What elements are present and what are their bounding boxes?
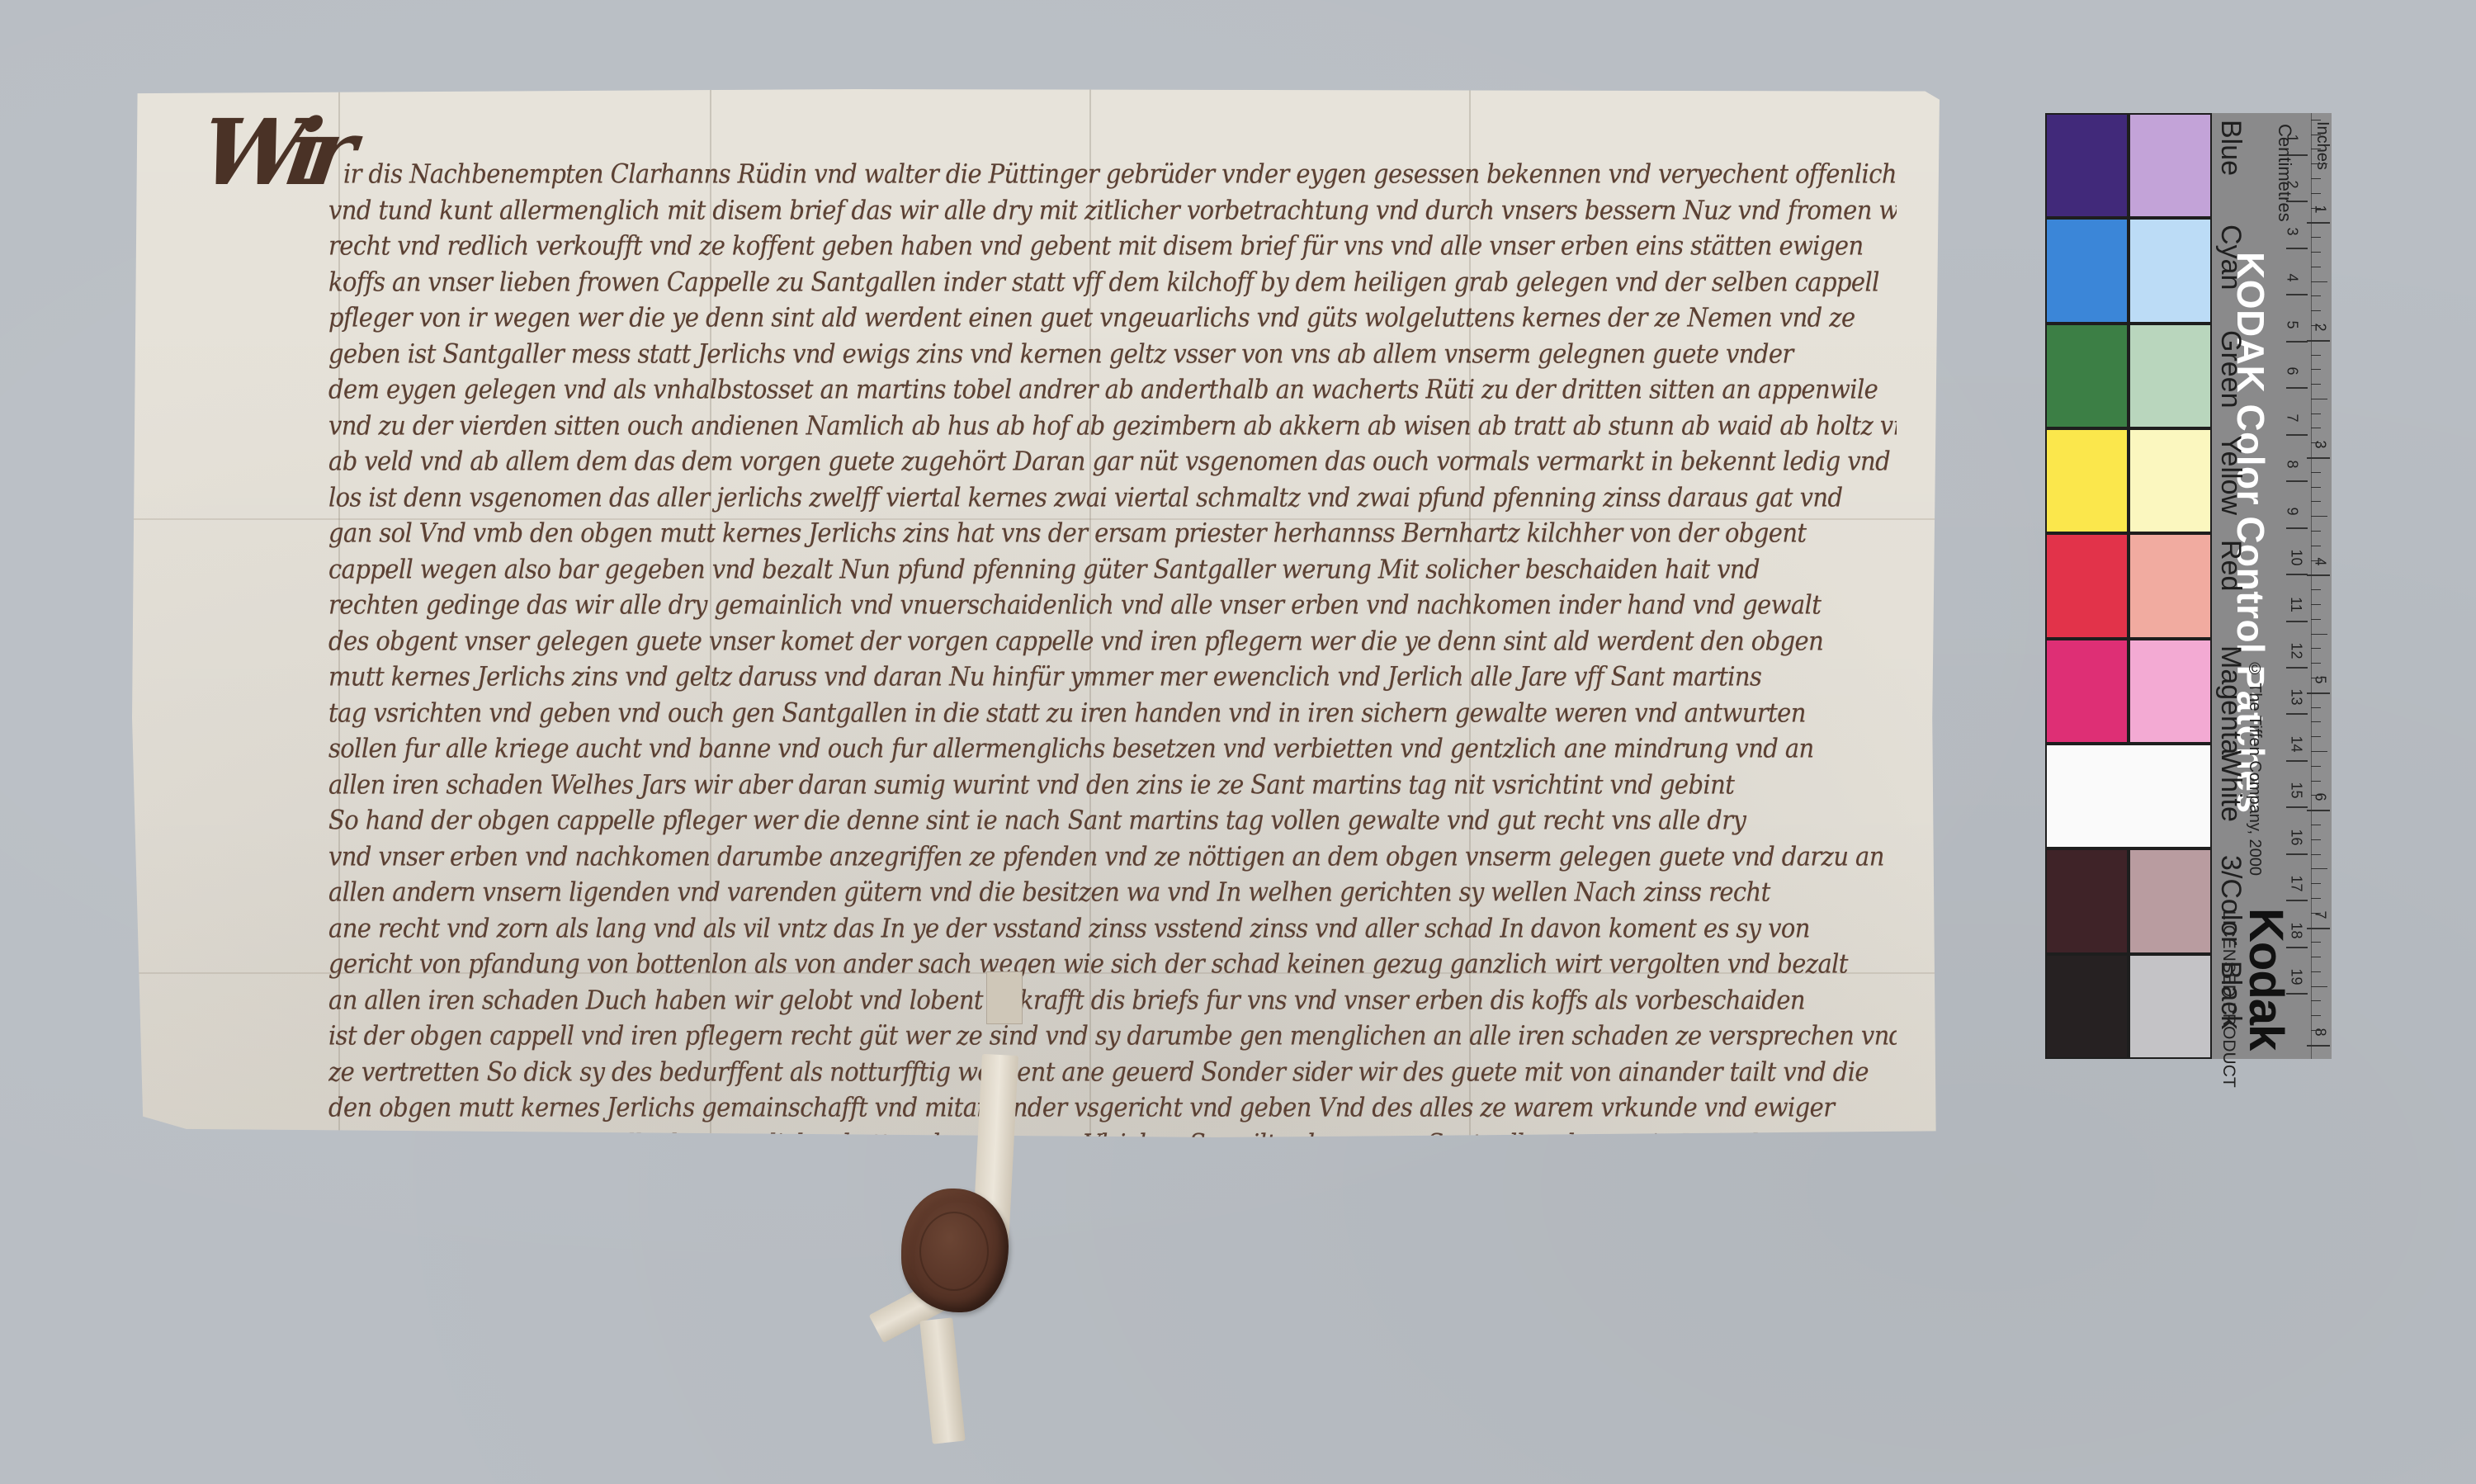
ruler-tick-inch	[2307, 928, 2330, 929]
text-line: sollen fur alle kriege aucht vnd banne v…	[328, 730, 1897, 768]
ruler-tick-cm	[2286, 201, 2308, 202]
text-line: vnd zu der vierden sitten ouch andienen …	[328, 407, 1897, 446]
ruler-subtick	[2311, 428, 2321, 428]
ruler-subtick	[2311, 237, 2321, 238]
ruler-tick-inch	[2307, 340, 2330, 342]
ruler-subtick	[2311, 589, 2321, 590]
ruler-subtick	[2311, 678, 2321, 678]
color-patch-3-color-dark	[2045, 848, 2129, 953]
ruler-subtick	[2311, 399, 2327, 399]
text-line: koffs an vnser lieben frowen Cappelle zu…	[328, 263, 1897, 302]
color-patch-green-dark	[2045, 324, 2129, 428]
ruler-tick-cm	[2286, 713, 2308, 715]
text-line: geben ist Santgaller mess statt Jerlichs…	[328, 335, 1897, 374]
ruler-tick-cm	[2286, 621, 2308, 622]
ruler-number-cm: 10	[2288, 550, 2305, 566]
ruler-tick-cm	[2286, 574, 2308, 575]
ruler-number-inch: 3	[2312, 441, 2329, 449]
ruler-number-inch: 1	[2312, 206, 2329, 214]
text-line: allen andern vnsern ligenden vnd varende…	[328, 873, 1897, 912]
ruler-subtick	[2311, 971, 2321, 972]
ruler-subtick	[2311, 193, 2321, 194]
ruler-subtick	[2311, 208, 2321, 209]
ruler-subtick	[2311, 766, 2321, 767]
text-line: an allen iren schaden Duch haben wir gel…	[328, 981, 1897, 1020]
ruler-number-cm: 2	[2284, 181, 2301, 189]
text-line: vnd vnser erben vnd nachkomen darumbe an…	[328, 838, 1897, 877]
text-line: ist der obgen cappell vnd iren pflegern …	[328, 1017, 1897, 1056]
ruler-number-cm: 18	[2288, 922, 2305, 938]
decorated-initial: Wir	[195, 99, 347, 206]
ruler-number-cm: 11	[2287, 597, 2304, 612]
patch-label: Magenta	[2214, 645, 2247, 754]
ruler-subtick	[2311, 825, 2321, 825]
text-line: rechten gedinge das wir alle dry gemainl…	[328, 586, 1897, 625]
ruler-number-cm: 19	[2288, 969, 2305, 985]
ruler-number-cm: 17	[2288, 876, 2305, 892]
ruler-number-inch: 8	[2312, 1028, 2329, 1036]
text-line: des obgent vnser gelegen guete vnser kom…	[328, 622, 1897, 661]
ruler-subtick	[2311, 663, 2321, 664]
ruler-number-cm: 6	[2284, 367, 2301, 376]
ruler-subtick	[2311, 619, 2321, 620]
ruler-subtick	[2311, 795, 2321, 796]
ruler-tick-cm	[2286, 760, 2308, 762]
color-patch-black-dark	[2045, 954, 2129, 1059]
ruler-subtick	[2311, 854, 2321, 855]
text-line: gan sol Vnd vmb den obgen mutt kernes Je…	[328, 514, 1897, 553]
ruler-tick-cm	[2286, 154, 2308, 156]
ruler-subtick	[2311, 913, 2321, 914]
ruler-subtick	[2311, 560, 2321, 561]
ruler-tick-inch	[2307, 574, 2330, 576]
patch-label: Red	[2214, 540, 2247, 591]
ruler-subtick	[2311, 781, 2321, 782]
ruler-subtick	[2311, 325, 2321, 326]
ruler-subtick	[2311, 531, 2321, 532]
patch-label: 3/Color	[2214, 855, 2247, 946]
ruler-tick-cm	[2286, 667, 2308, 669]
ruler-subtick	[2311, 442, 2321, 443]
ruler-subtick	[2311, 721, 2321, 722]
text-line: den obgen mutt kernes Jerlichs gemainsch…	[328, 1089, 1897, 1127]
ruler-tick-cm	[2286, 993, 2308, 995]
ruler-subtick	[2311, 516, 2327, 517]
ruler-subtick	[2311, 604, 2321, 605]
ruler-subtick	[2311, 135, 2321, 135]
ruler-tick-inch	[2307, 810, 2330, 811]
text-line: allen iren schaden Welhes Jars wir aber …	[328, 766, 1897, 805]
ruler-tick-cm	[2286, 806, 2308, 808]
kodak-logo: Kodak	[2238, 908, 2294, 1050]
ruler-number-cm: 15	[2288, 782, 2305, 799]
ruler-number-cm: 16	[2288, 829, 2305, 845]
ruler-subtick	[2311, 1030, 2321, 1031]
ruler-subtick	[2311, 120, 2321, 121]
color-patch-red-light	[2129, 533, 2212, 638]
ruler-subtick	[2311, 957, 2321, 957]
ruler-number-inch: 4	[2312, 558, 2329, 566]
target-copyright: © The Tiffen Company, 2000	[2245, 660, 2264, 876]
ruler-tick-cm	[2286, 853, 2308, 855]
ruler-tick-cm	[2286, 294, 2308, 295]
ruler-subtick	[2311, 648, 2321, 649]
seal-strap-slot	[986, 971, 1023, 1024]
patch-label: Cyan	[2214, 224, 2247, 290]
color-patch-yellow-dark	[2045, 428, 2129, 533]
patch-label: Blue	[2214, 120, 2247, 176]
ruler-number-cm: 8	[2284, 461, 2301, 469]
color-patch-black-light	[2129, 954, 2212, 1059]
ruler-subtick	[2311, 281, 2327, 282]
ruler-subtick	[2311, 898, 2321, 899]
text-line: gericht von pfandung von bottenlon als v…	[328, 945, 1897, 984]
ruler-subtick	[2311, 707, 2321, 708]
ruler-subtick	[2311, 839, 2321, 840]
text-line: cappell wegen also bar gegeben vnd bezal…	[328, 551, 1897, 589]
color-patch-yellow-light	[2129, 428, 2212, 533]
ruler-subtick	[2311, 149, 2321, 149]
ruler-subtick	[2311, 355, 2321, 356]
ruler-number-cm: 4	[2284, 274, 2301, 282]
color-patch-blue-light	[2129, 113, 2212, 218]
ruler-subtick	[2311, 295, 2321, 296]
text-line: dem eygen gelegen vnd als vnhalbstosset …	[328, 371, 1897, 409]
ruler-subtick	[2311, 1000, 2321, 1001]
text-line: ab veld vnd ab allem dem das dem vorgen …	[328, 442, 1897, 481]
text-line: pfleger von ir wegen wer die ye denn sin…	[328, 299, 1897, 338]
ruler-number-cm: 1	[2284, 134, 2301, 142]
patch-label: Black	[2214, 961, 2247, 1029]
ruler-number-inch: 7	[2312, 910, 2329, 919]
charter-text: ir dis Nachbenempten Clarhanns Rüdin vnd…	[328, 157, 1897, 1234]
color-patch-magenta-light	[2129, 639, 2212, 744]
color-patch-red-dark	[2045, 533, 2129, 638]
ruler-subtick	[2311, 414, 2321, 414]
ruler-tick-cm	[2286, 947, 2308, 948]
color-patch-magenta-dark	[2045, 639, 2129, 744]
ruler-subtick	[2311, 267, 2321, 267]
ruler-tick-cm	[2286, 900, 2308, 901]
ruler-number-inch: 5	[2312, 675, 2329, 683]
ruler-number-cm: 5	[2284, 320, 2301, 328]
patch-label: Green	[2214, 330, 2247, 409]
ruler-tick-cm	[2286, 434, 2308, 436]
color-patch-3-color-light	[2129, 848, 2212, 953]
text-line: ze vertretten So dick sy des bedurffent …	[328, 1053, 1897, 1092]
ruler-subtick	[2311, 986, 2327, 987]
ruler-subtick	[2311, 634, 2327, 635]
ruler-tick-cm	[2286, 341, 2308, 343]
patch-label: Yellow	[2214, 435, 2247, 515]
ruler-subtick	[2311, 883, 2321, 884]
ruler-subtick	[2311, 487, 2321, 488]
ruler-subtick	[2311, 178, 2321, 179]
color-patch-white	[2045, 744, 2212, 848]
ruler-number-cm: 12	[2288, 642, 2305, 659]
wax-seal	[901, 1189, 1009, 1312]
color-patch-cyan-dark	[2045, 218, 2129, 323]
ruler-tick-inch	[2307, 1045, 2330, 1047]
text-line: tag vsrichten vnd geben vnd ouch gen San…	[328, 694, 1897, 733]
ruler-unit-inches: Inches	[2313, 121, 2332, 170]
ruler-number-cm: 3	[2284, 227, 2301, 235]
patch-label: White	[2214, 750, 2247, 822]
ruler-subtick	[2311, 1015, 2321, 1016]
ruler-number-inch: 6	[2312, 793, 2329, 801]
ruler-number-cm: 9	[2284, 507, 2301, 515]
ruler-subtick	[2311, 472, 2321, 473]
ruler-subtick	[2311, 384, 2321, 385]
ruler-number-cm: 14	[2288, 735, 2305, 752]
color-patch-cyan-light	[2129, 218, 2212, 323]
color-patch-blue-dark	[2045, 113, 2129, 218]
ruler-subtick	[2311, 942, 2321, 943]
ruler-number-cm: 13	[2288, 689, 2305, 706]
ruler-tick-inch	[2307, 457, 2330, 459]
ruler-tick-inch	[2307, 692, 2330, 694]
ruler-subtick	[2311, 252, 2321, 253]
text-line: los ist denn vsgenomen das aller jerlich…	[328, 479, 1897, 518]
ruler-subtick	[2311, 310, 2321, 311]
text-line: recht vnd redlich verkoufft vnd ze koffe…	[328, 227, 1897, 266]
ruler-subtick	[2311, 546, 2321, 546]
ruler-subtick	[2311, 163, 2327, 164]
ruler-subtick	[2311, 501, 2321, 502]
ruler-subtick	[2311, 736, 2321, 737]
ruler-subtick	[2311, 751, 2327, 752]
ruler-tick-inch	[2307, 222, 2330, 224]
text-line: ane recht vnd zorn als lang vnd als vil …	[328, 910, 1897, 948]
text-line: mutt kernes Jerlichs zins vnd geltz daru…	[328, 658, 1897, 697]
ruler-tick-cm	[2286, 480, 2308, 482]
ruler-number-cm: 7	[2284, 414, 2301, 422]
ruler-tick-cm	[2286, 527, 2308, 529]
text-line: So hand der obgen cappelle pfleger wer d…	[328, 801, 1897, 840]
text-line: vnd tund kunt allermenglich mit disem br…	[328, 191, 1897, 230]
parchment-charter: Wir ir dis Nachbenempten Clarhanns Rüdin…	[132, 89, 1940, 1137]
color-patch-green-light	[2129, 324, 2212, 428]
text-line: ir dis Nachbenempten Clarhanns Rüdin vnd…	[328, 155, 1897, 194]
ruler-subtick	[2311, 868, 2327, 869]
ruler-subtick	[2311, 369, 2321, 370]
ruler-number-inch: 2	[2312, 323, 2329, 331]
ruler-tick-cm	[2286, 248, 2308, 249]
ruler-tick-cm	[2286, 387, 2308, 389]
